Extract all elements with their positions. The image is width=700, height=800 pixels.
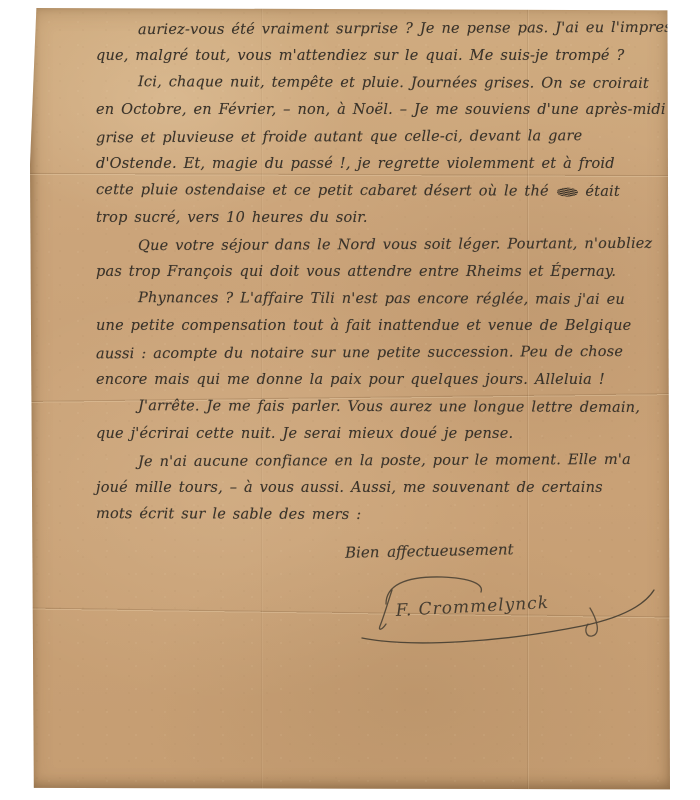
letter-line-text: cette pluie ostendaise et ce petit cabar… [96,182,556,200]
letter-line: mots écrit sur le sable des mers : [96,501,668,530]
letter-line: encore mais qui me donne la paix pour qu… [96,367,668,394]
letter-line: trop sucré, vers 10 heures du soir. [96,205,668,232]
signature: F. Crommelynck [352,564,670,650]
letter-line-text: était [579,184,620,200]
letter-body: auriez-vous été vraiment surprise ? Je n… [96,16,668,529]
crossed-out-word [557,188,578,197]
letter-line-text: mots écrit sur le sable des mers : [96,506,361,523]
letter-line-text: que j'écrirai cette nuit. Je serai mieux… [96,426,513,442]
letter-line-text: encore mais qui me donne la paix pour qu… [96,372,605,388]
letter-line-text: grise et pluvieuse et froide autant que … [96,128,582,146]
letter-line: Que votre séjour dans le Nord vous soit … [96,231,668,260]
letter-line: pas trop François qui doit vous attendre… [96,259,668,286]
letter-line: grise et pluvieuse et froide autant que … [96,123,668,152]
letter-line-text: Je n'ai aucune confiance en la poste, po… [138,452,631,470]
signature-name: F. Crommelynck [394,593,549,621]
letter-line: joué mille tours, – à vous aussi. Aussi,… [96,475,668,502]
letter-line: Ici, chaque nuit, tempête et pluie. Jour… [96,69,668,98]
letter-paper: auriez-vous été vraiment surprise ? Je n… [30,8,670,791]
letter-line-text: joué mille tours, – à vous aussi. Aussi,… [96,480,603,496]
letter-line-text: en Octobre, en Février, – non, à Noël. –… [96,102,666,118]
letter-line: J'arrête. Je me fais parler. Vous aurez … [96,393,668,422]
letter-line-text: que, malgré tout, vous m'attendiez sur l… [96,48,624,64]
letter-line: d'Ostende. Et, magie du passé !, je regr… [96,151,668,178]
letter-line: Phynances ? L'affaire Tili n'est pas enc… [96,285,668,314]
letter-line: que, malgré tout, vous m'attendiez sur l… [96,43,668,70]
letter-line: une petite compensation tout à fait inat… [96,313,668,340]
letter-line-text: Que votre séjour dans le Nord vous soit … [138,236,652,254]
letter-line-text: d'Ostende. Et, magie du passé !, je regr… [96,156,615,172]
letter-line: cette pluie ostendaise et ce petit cabar… [96,177,668,206]
letter-line-text: aussi : acompte du notaire sur une petit… [96,344,623,362]
letter-line-text: trop sucré, vers 10 heures du soir. [96,210,368,226]
closing-line: Bien affectueusement [345,540,514,562]
signature-flourish: F. Crommelynck [352,564,670,650]
letter-line: Je n'ai aucune confiance en la poste, po… [96,447,668,476]
letter-line-text: Phynances ? L'affaire Tili n'est pas enc… [138,290,625,308]
letter-line-text: Ici, chaque nuit, tempête et pluie. Jour… [138,74,649,92]
letter-line: aussi : acompte du notaire sur une petit… [96,339,668,368]
letter-line: que j'écrirai cette nuit. Je serai mieux… [96,421,668,448]
letter-line: auriez-vous été vraiment surprise ? Je n… [96,15,668,44]
letter-line: en Octobre, en Février, – non, à Noël. –… [96,97,668,124]
letter-line-text: pas trop François qui doit vous attendre… [96,264,616,280]
letter-line-text: auriez-vous été vraiment surprise ? Je n… [138,20,700,38]
letter-line-text: J'arrête. Je me fais parler. Vous aurez … [138,398,640,416]
letter-line-text: une petite compensation tout à fait inat… [96,318,631,334]
